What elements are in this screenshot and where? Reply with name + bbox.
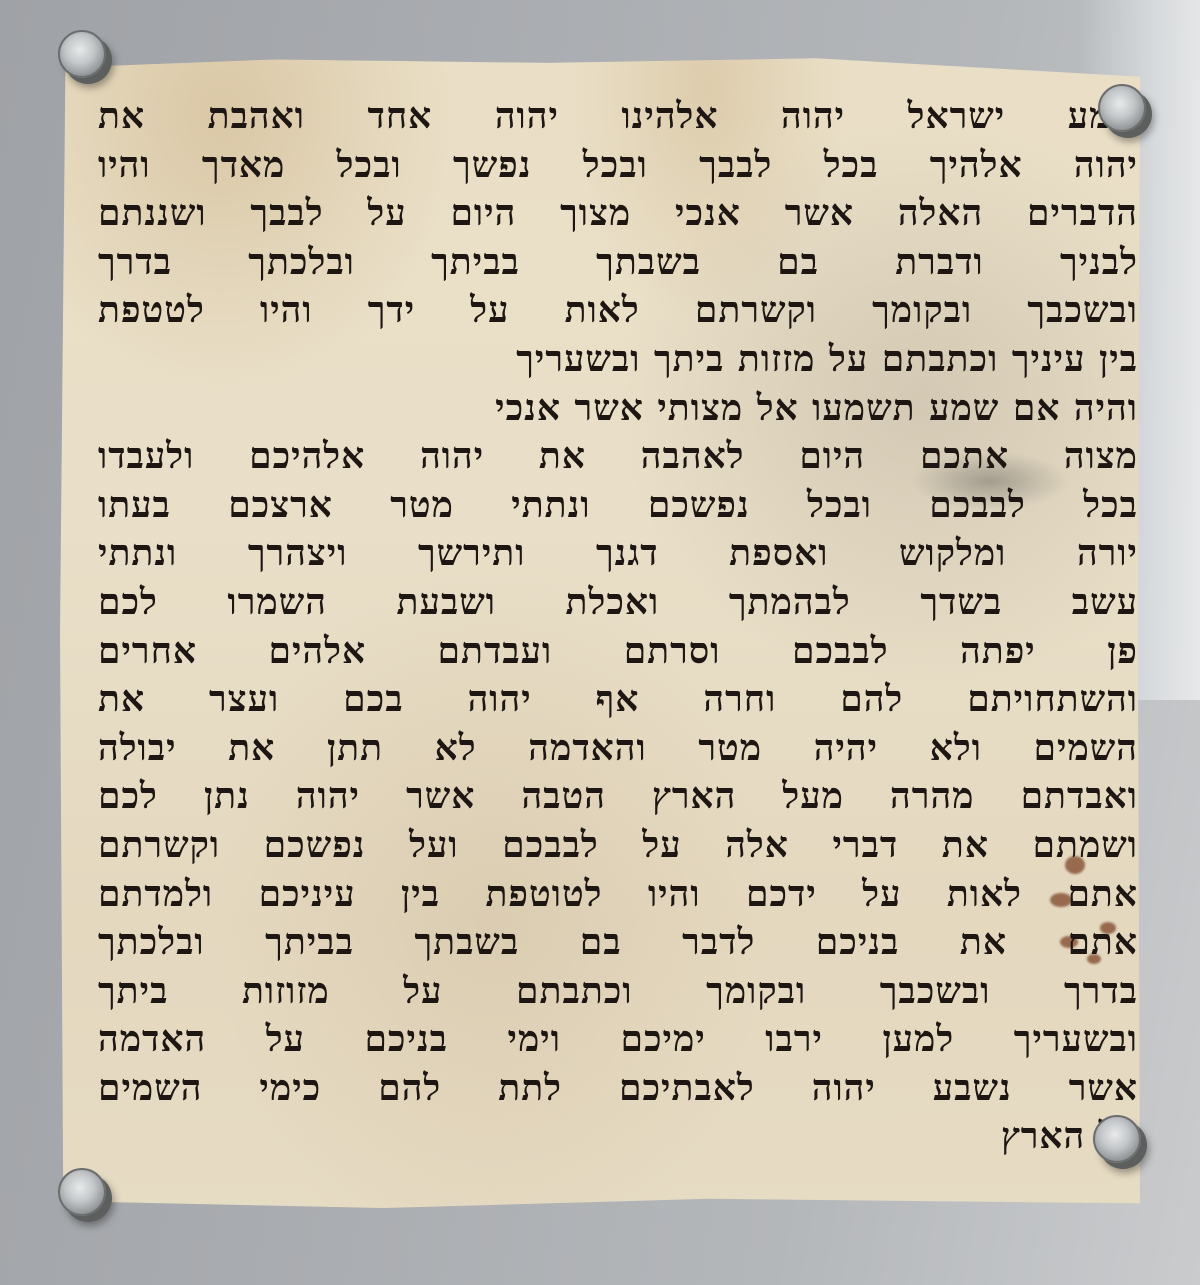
text-line: הדברים האלה אשר אנכי מצוך היום על לבבך ו… <box>98 189 1138 238</box>
pin-icon <box>58 1168 106 1216</box>
text-line: עשב בשדך לבהמתך ואכלת ושבעת השמרו לכם <box>98 578 1138 627</box>
text-line: בכל לבבכם ובכל נפשכם ונתתי מטר ארצכם בעת… <box>98 481 1138 530</box>
pin-icon <box>58 30 106 78</box>
text-line: אשר נשבע יהוה לאבתיכם לתת להם כימי השמים <box>98 1064 1138 1113</box>
text-line: ובשכבך ובקומך וקשרתם לאות על ידך והיו לט… <box>98 286 1138 335</box>
text-line: ואבדתם מהרה מעל הארץ הטבה אשר יהוה נתן ל… <box>98 772 1138 821</box>
text-line: יהוה אלהיך בכל לבבך ובכל נפשך ובכל מאדך … <box>98 141 1138 190</box>
text-line: אתם את בניכם לדבר בם בשבתך בביתך ובלכתך <box>98 918 1138 967</box>
text-line: השמים ולא יהיה מטר והאדמה לא תתן את יבול… <box>98 724 1138 773</box>
text-line: פן יפתה לבבכם וסרתם ועבדתם אלהים אחרים <box>98 627 1138 676</box>
pin-icon <box>1098 84 1146 132</box>
text-line: בין עיניך וכתבתם על מזזות ביתך ובשעריך <box>98 335 1138 384</box>
text-line: יורה ומלקוש ואספת דגנך ותירשך ויצהרך ונת… <box>98 529 1138 578</box>
hebrew-text-block: שמע ישראל יהוה אלהינו יהוה אחד ואהבת את … <box>98 92 1138 1161</box>
text-line: אתם לאות על ידכם והיו לטוטפת בין עיניכם … <box>98 870 1138 919</box>
text-line: שמע ישראל יהוה אלהינו יהוה אחד ואהבת את <box>98 92 1138 141</box>
text-line: והשתחויתם להם וחרה אף יהוה בכם ועצר את <box>98 675 1138 724</box>
pin-icon <box>1093 1115 1141 1163</box>
text-line: על הארץ <box>98 1112 1138 1161</box>
text-line: בדרך ובשכבך ובקומך וכתבתם על מזוזות ביתך <box>98 967 1138 1016</box>
text-line: לבניך ודברת בם בשבתך בביתך ובלכתך בדרך <box>98 238 1138 287</box>
text-line: מצוה אתכם היום לאהבה את יהוה אלהיכם ולעב… <box>98 432 1138 481</box>
text-line: ובשעריך למען ירבו ימיכם וימי בניכם על הא… <box>98 1015 1138 1064</box>
text-line: ושמתם את דברי אלה על לבבכם ועל נפשכם וקש… <box>98 821 1138 870</box>
text-line: והיה אם שמע תשמעו אל מצותי אשר אנכי <box>98 384 1138 433</box>
